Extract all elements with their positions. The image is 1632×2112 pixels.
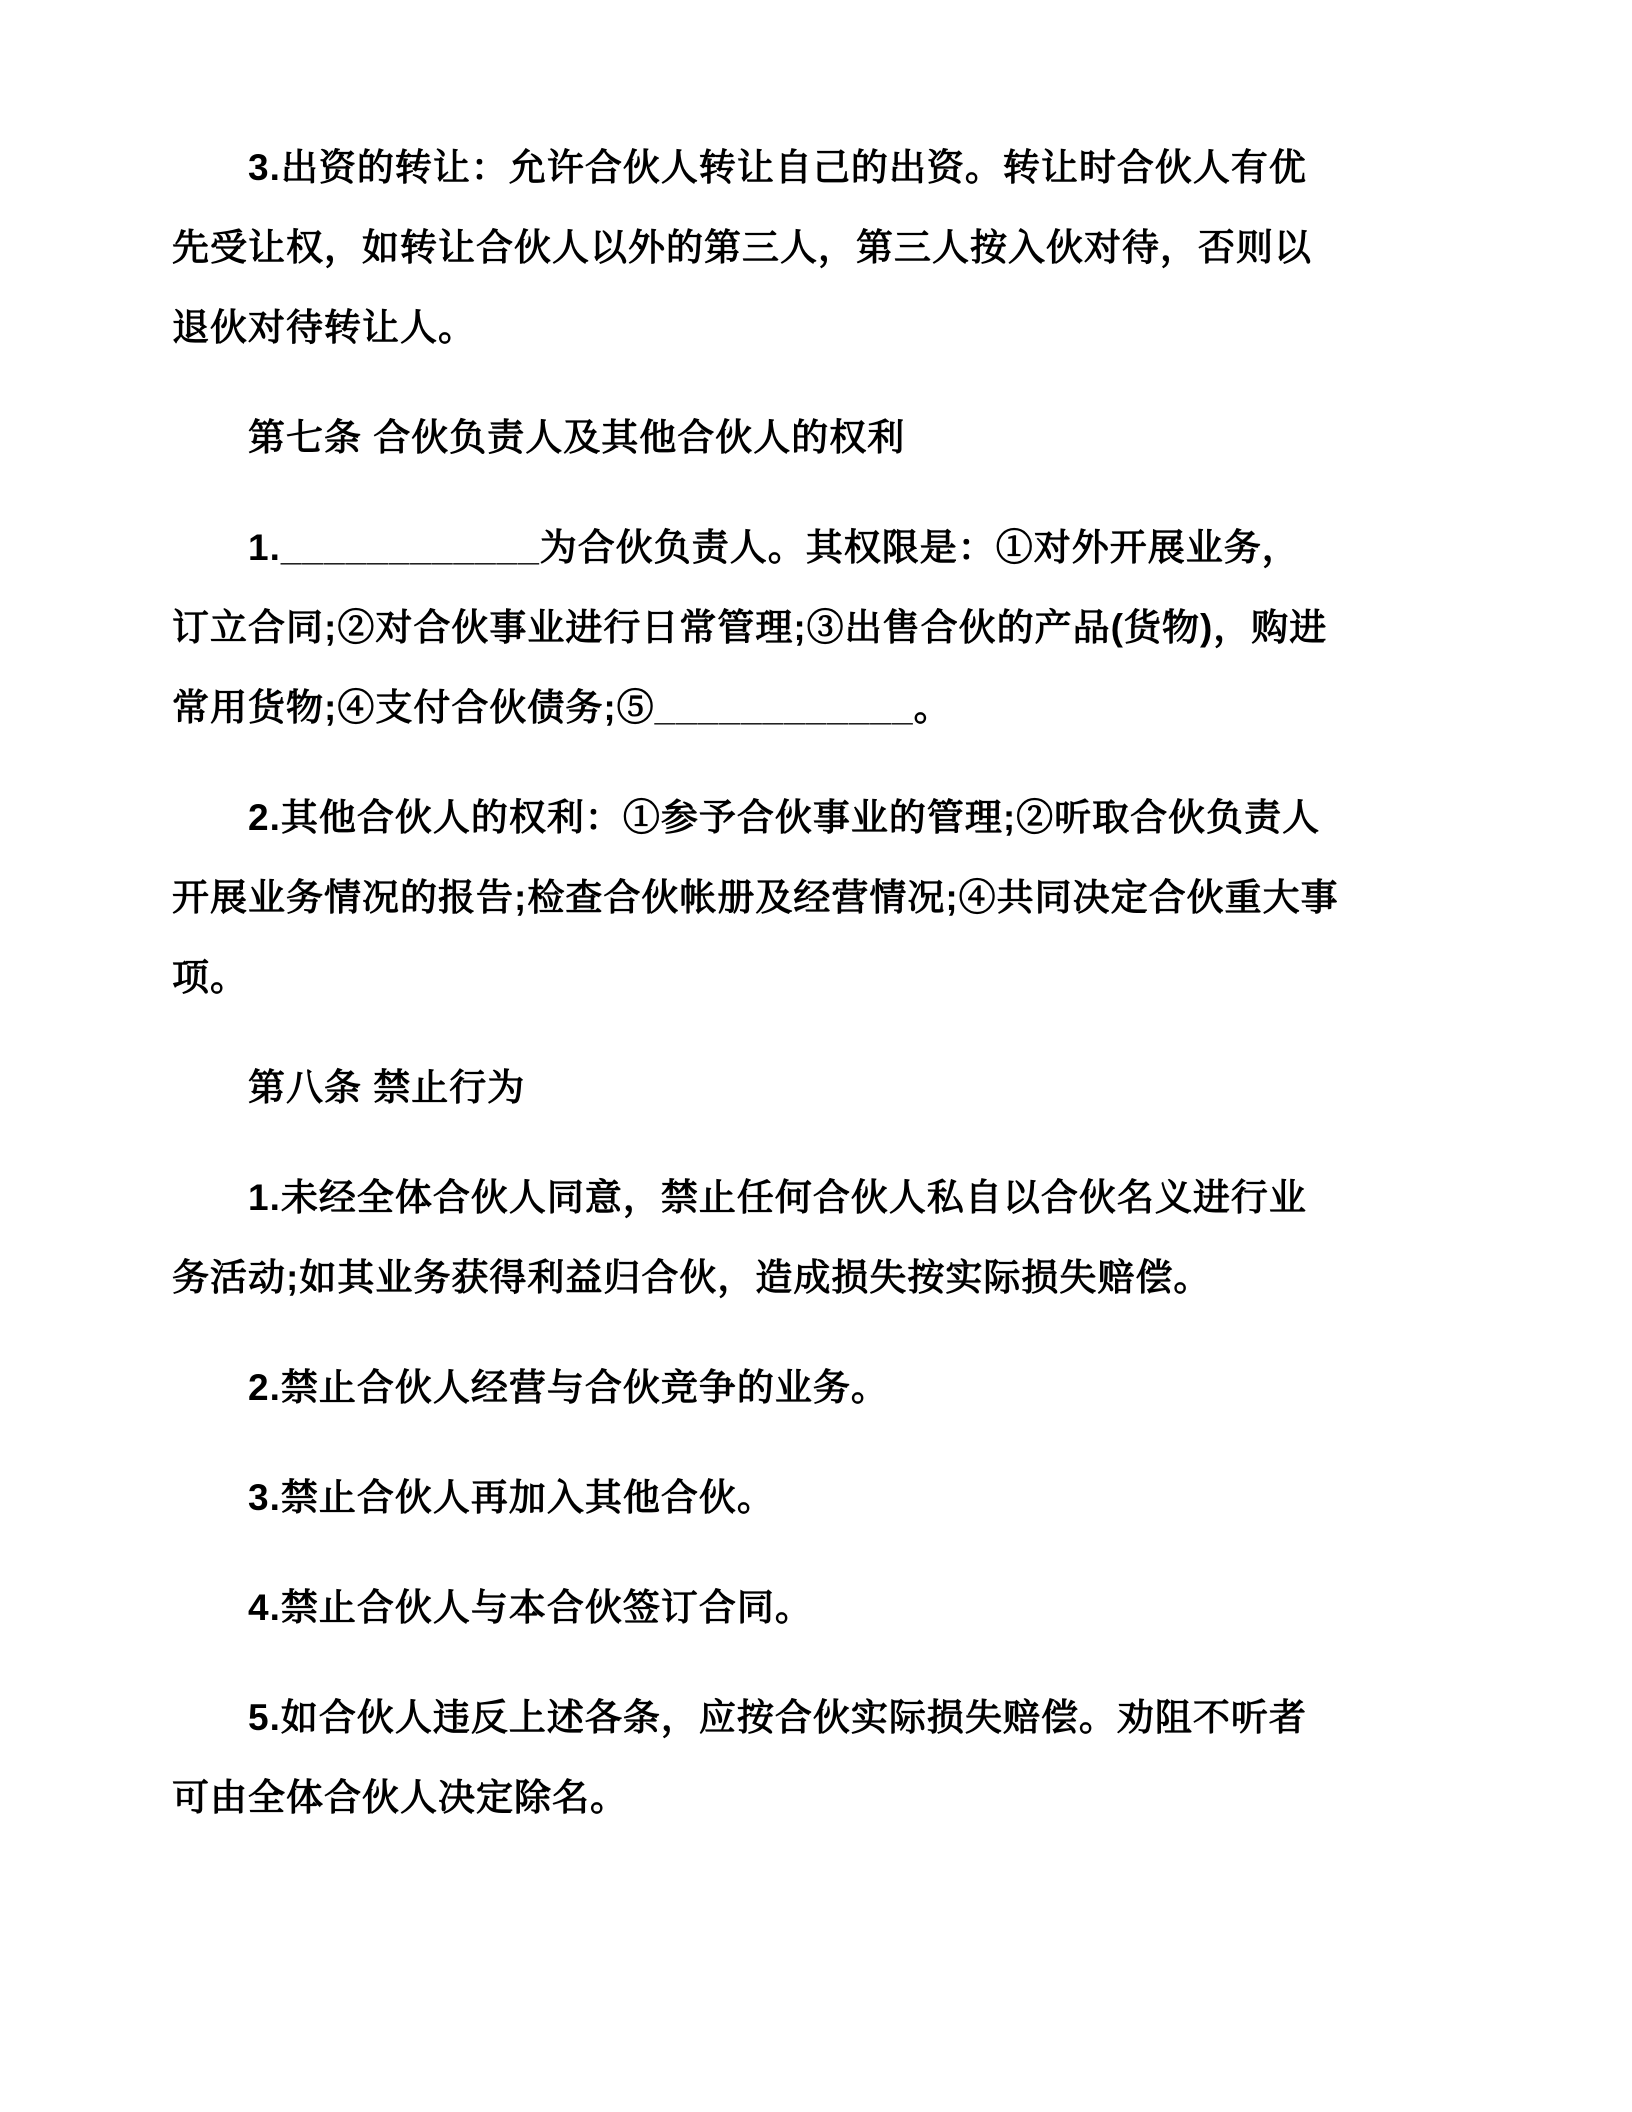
document-body: 3.出资的转让：允许合伙人转让自己的出资。转让时合伙人有优先受让权，如转让合伙人… — [0, 0, 1632, 1838]
text-line: 第八条 禁止行为 — [172, 1048, 1472, 1128]
section-heading: 第八条 禁止行为 — [172, 1048, 1472, 1128]
text-line: 2.禁止合伙人经营与合伙竞争的业务。 — [172, 1348, 1472, 1428]
paragraph: 5.如合伙人违反上述各条，应按合伙实际损失赔偿。劝阻不听者可由全体合伙人决定除名… — [172, 1678, 1472, 1838]
text-line: 退伙对待转让人。 — [172, 288, 1472, 368]
text-line: 5.如合伙人违反上述各条，应按合伙实际损失赔偿。劝阻不听者 — [172, 1678, 1472, 1758]
text-line: 4.禁止合伙人与本合伙签订合同。 — [172, 1568, 1472, 1648]
text-line: 先受让权，如转让合伙人以外的第三人，第三人按入伙对待，否则以 — [172, 208, 1472, 288]
text-line: 开展业务情况的报告;检查合伙帐册及经营情况;④共同决定合伙重大事 — [172, 858, 1472, 938]
document-page: 3.出资的转让：允许合伙人转让自己的出资。转让时合伙人有优先受让权，如转让合伙人… — [0, 0, 1632, 2112]
paragraph: 3.禁止合伙人再加入其他合伙。 — [172, 1458, 1472, 1538]
text-line: 1.未经全体合伙人同意，禁止任何合伙人私自以合伙名义进行业 — [172, 1158, 1472, 1238]
paragraph: 2.其他合伙人的权利：①参予合伙事业的管理;②听取合伙负责人开展业务情况的报告;… — [172, 778, 1472, 1018]
text-line: 可由全体合伙人决定除名。 — [172, 1758, 1472, 1838]
text-line: 务活动;如其业务获得利益归合伙，造成损失按实际损失赔偿。 — [172, 1238, 1472, 1318]
text-line: 1.____________为合伙负责人。其权限是：①对外开展业务， — [172, 508, 1472, 588]
paragraph: 2.禁止合伙人经营与合伙竞争的业务。 — [172, 1348, 1472, 1428]
paragraph: 1.未经全体合伙人同意，禁止任何合伙人私自以合伙名义进行业务活动;如其业务获得利… — [172, 1158, 1472, 1318]
paragraph: 3.出资的转让：允许合伙人转让自己的出资。转让时合伙人有优先受让权，如转让合伙人… — [172, 128, 1472, 368]
paragraph: 1.____________为合伙负责人。其权限是：①对外开展业务，订立合同;②… — [172, 508, 1472, 748]
paragraph: 4.禁止合伙人与本合伙签订合同。 — [172, 1568, 1472, 1648]
section-heading: 第七条 合伙负责人及其他合伙人的权利 — [172, 398, 1472, 478]
text-line: 2.其他合伙人的权利：①参予合伙事业的管理;②听取合伙负责人 — [172, 778, 1472, 858]
text-line: 3.禁止合伙人再加入其他合伙。 — [172, 1458, 1472, 1538]
text-line: 常用货物;④支付合伙债务;⑤____________。 — [172, 668, 1472, 748]
text-line: 第七条 合伙负责人及其他合伙人的权利 — [172, 398, 1472, 478]
text-line: 项。 — [172, 938, 1472, 1018]
text-line: 订立合同;②对合伙事业进行日常管理;③出售合伙的产品(货物)，购进 — [172, 588, 1472, 668]
text-line: 3.出资的转让：允许合伙人转让自己的出资。转让时合伙人有优 — [172, 128, 1472, 208]
